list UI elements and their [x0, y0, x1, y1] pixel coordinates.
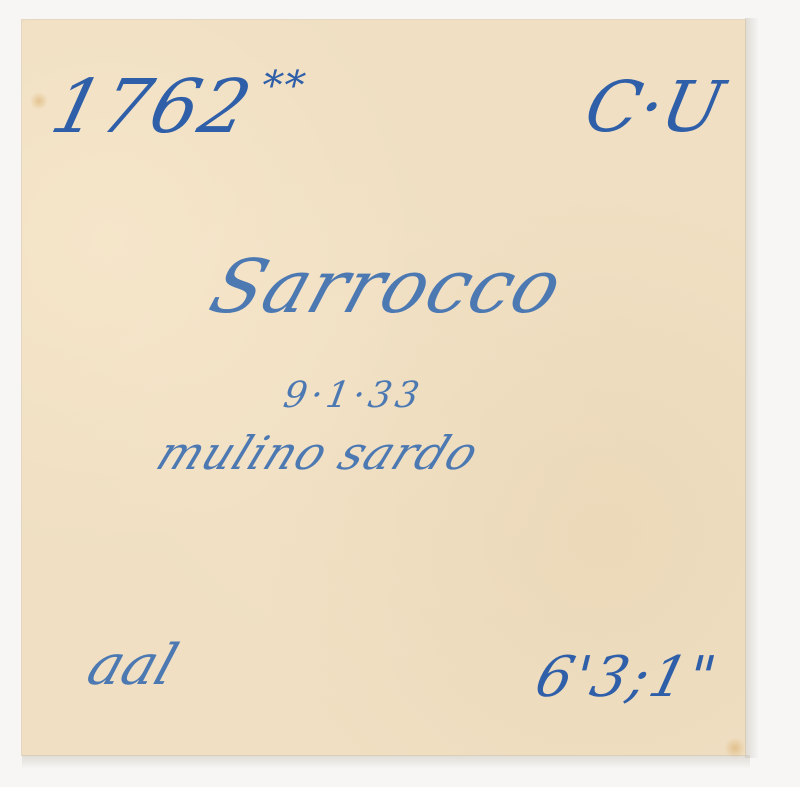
catalog-number-value: 1762 — [43, 64, 261, 150]
handwritten-card: 1762** C·U Sarrocco 9·1·33 mulino sardo … — [22, 20, 745, 755]
date: 9·1·33 — [281, 378, 426, 414]
classification-code: C·U — [580, 72, 730, 142]
classification-code-value: C·U — [578, 66, 730, 148]
initials: aal — [81, 638, 184, 694]
description: mulino sardo — [151, 430, 486, 476]
foxing-stain — [724, 738, 746, 758]
initials-value: aal — [80, 633, 186, 698]
catalog-number: 1762** — [45, 70, 310, 144]
measurement-value: 6'3;1" — [529, 645, 724, 710]
date-value: 9·1·33 — [280, 375, 426, 416]
collector-name: Sarrocco — [202, 250, 572, 324]
description-value: mulino sardo — [149, 426, 488, 480]
measurement: 6'3;1" — [530, 650, 723, 706]
collector-name-value: Sarrocco — [200, 244, 574, 330]
star-marks: ** — [256, 63, 311, 109]
foxing-stain — [30, 92, 48, 110]
card-shadow-right — [745, 18, 759, 758]
card-shadow-bottom — [22, 755, 750, 769]
